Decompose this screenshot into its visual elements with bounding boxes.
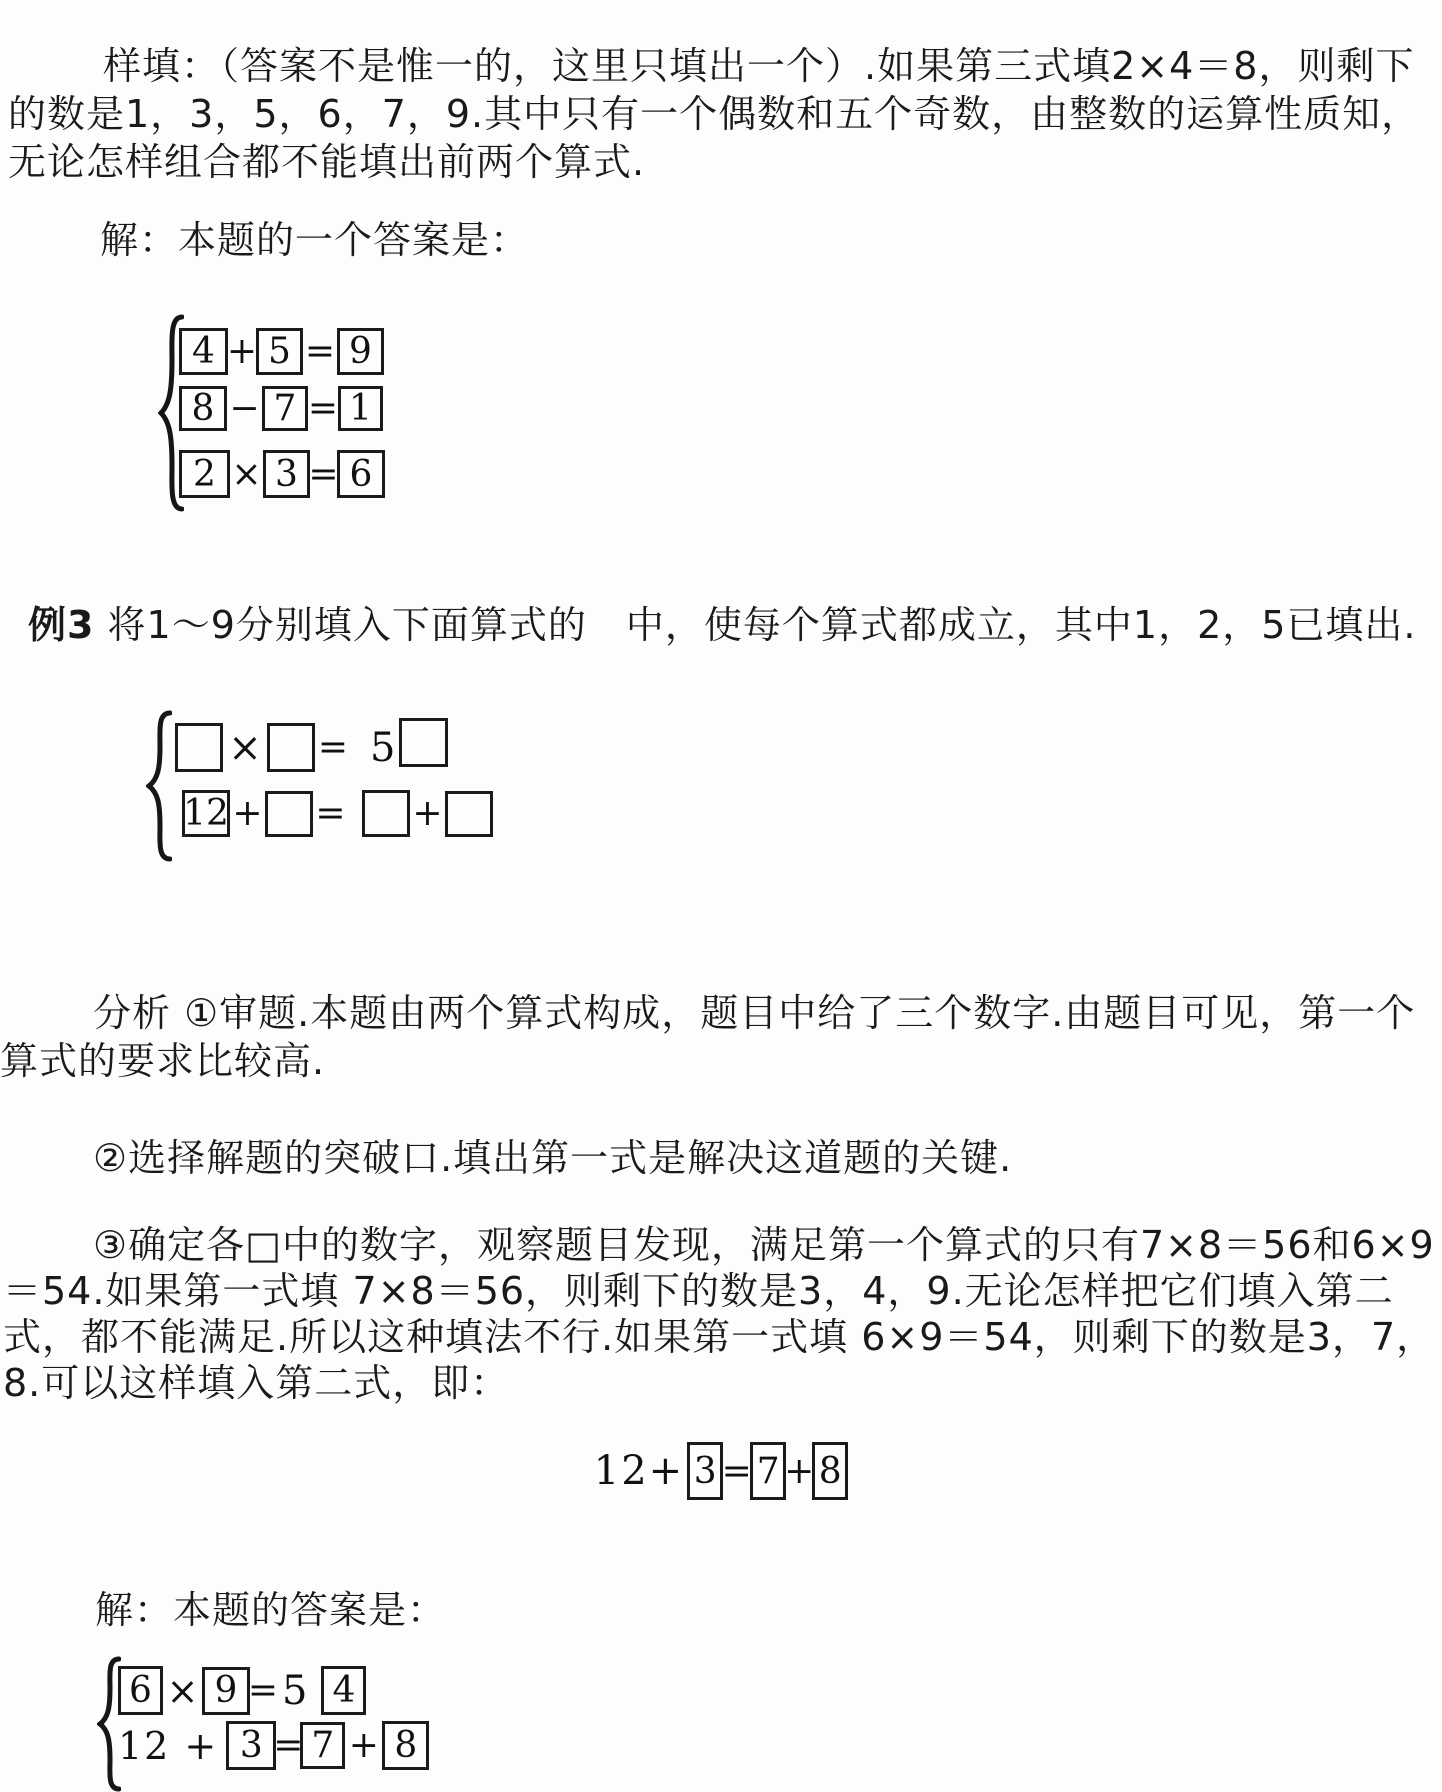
equals-operator: = [308, 388, 338, 429]
paragraph-analysis-3: ③确定各□中的数字，观察题目发现，满足第一个算式的只有7×8＝56和6×9＝54… [3, 1222, 1438, 1406]
inline-equation-12-plus-3: 12+ 3 = 7 + 8 [0, 1440, 1442, 1502]
equation-row: 6 × 9 = 5 4 [118, 1666, 429, 1715]
digit-5-given: 5 [370, 725, 395, 771]
equation-row: 4 + 5 = 9 [179, 328, 385, 375]
answer-box: 7 [750, 1442, 786, 1500]
empty-answer-box [175, 723, 223, 772]
paragraph-analysis-1: 分析 ①审题.本题由两个算式构成，题目中给了三个数字.由题目可见，第一个算式的要… [0, 989, 1438, 1085]
equals-operator: = [250, 1670, 276, 1711]
paragraph-sample-fill: 样填：（答案不是惟一的，这里只填出一个）.如果第三式填2×4＝8，则剩下的数是1… [8, 42, 1436, 186]
final-answer-equation-system: 6 × 9 = 5 4 12 + 3 = 7 + 8 [97, 1652, 437, 1792]
equation-row: 2 × 3 = 6 [179, 450, 385, 498]
equation-lead-text: 12 + [118, 1724, 218, 1768]
paragraph-example-3: 例3 将1～9分别填入下面算式的 中，使每个算式都成立，其中1，2，5已填出. [8, 601, 1436, 649]
minus-operator: − [227, 388, 262, 429]
answer-box: 7 [262, 386, 308, 431]
paragraph-solution-intro-2: 解：本题的答案是： [95, 1586, 1395, 1634]
equation-row: × = 5 [175, 723, 493, 772]
times-operator: × [163, 1669, 202, 1713]
equation-rows: 4 + 5 = 9 8 − 7 = 1 2 × 3 = 6 [179, 328, 385, 498]
plus-operator: + [410, 793, 445, 834]
equals-operator: = [723, 1451, 750, 1492]
equals-operator: = [303, 331, 337, 372]
answer-box: 6 [337, 450, 385, 498]
empty-answer-box [399, 718, 448, 767]
answer-box: 2 [179, 450, 230, 498]
answer-box: 5 [256, 328, 303, 375]
given-box-12: 12 [182, 790, 230, 837]
answer-box: 9 [202, 1667, 250, 1715]
sample-answer-equation-system: 4 + 5 = 9 8 − 7 = 1 2 × 3 = 6 [158, 312, 418, 512]
answer-box: 4 [321, 1666, 366, 1715]
plus-operator: + [230, 793, 265, 834]
plus-operator: + [786, 1451, 812, 1492]
scanned-math-document-page: 样填：（答案不是惟一的，这里只填出一个）.如果第三式填2×4＝8，则剩下的数是1… [0, 0, 1442, 1792]
answer-box: 8 [812, 1442, 848, 1500]
problem-equation-system: × = 5 12 + = + [146, 708, 506, 863]
equation-rows: 6 × 9 = 5 4 12 + 3 = 7 + 8 [118, 1666, 429, 1770]
equation-row: 12 + 3 = 7 + 8 [118, 1721, 429, 1770]
answer-box: 3 [226, 1721, 276, 1770]
example-3-label: 例3 [28, 603, 94, 647]
answer-box: 3 [687, 1442, 723, 1500]
paragraph-analysis-2: ②选择解题的突破口.填出第一式是解决这道题的关键. [93, 1134, 1433, 1182]
answer-box: 8 [179, 386, 227, 431]
empty-answer-box [265, 791, 313, 837]
paragraph-solution-intro-1: 解：本题的一个答案是： [100, 216, 1400, 264]
answer-box: 6 [118, 1666, 163, 1715]
equals-operator: = [313, 793, 348, 834]
equals-operator: = [276, 1725, 300, 1766]
digit-5-given: 5 [282, 1668, 307, 1714]
empty-answer-box [362, 790, 410, 837]
equation-lead-text: 12+ [594, 1448, 684, 1494]
times-operator: × [230, 454, 263, 495]
empty-answer-box [445, 791, 493, 837]
equation-row: 12 + = + [175, 790, 493, 837]
example-3-text: 将1～9分别填入下面算式的 中，使每个算式都成立，其中1，2，5已填出. [94, 603, 1416, 647]
answer-box: 9 [337, 328, 384, 375]
equals-operator: = [310, 454, 337, 495]
answer-box: 4 [179, 328, 228, 375]
answer-box: 1 [338, 386, 383, 431]
empty-answer-box [267, 723, 315, 772]
times-operator: × [223, 725, 267, 771]
equation-rows: × = 5 12 + = + [175, 723, 493, 837]
equals-operator: = [322, 727, 344, 768]
plus-operator: + [345, 1725, 382, 1766]
plus-operator: + [228, 331, 256, 372]
answer-box: 7 [300, 1722, 345, 1769]
answer-box: 3 [263, 450, 310, 498]
answer-box: 8 [382, 1721, 429, 1770]
equation-row: 8 − 7 = 1 [179, 386, 385, 431]
curly-brace-icon [146, 710, 172, 866]
